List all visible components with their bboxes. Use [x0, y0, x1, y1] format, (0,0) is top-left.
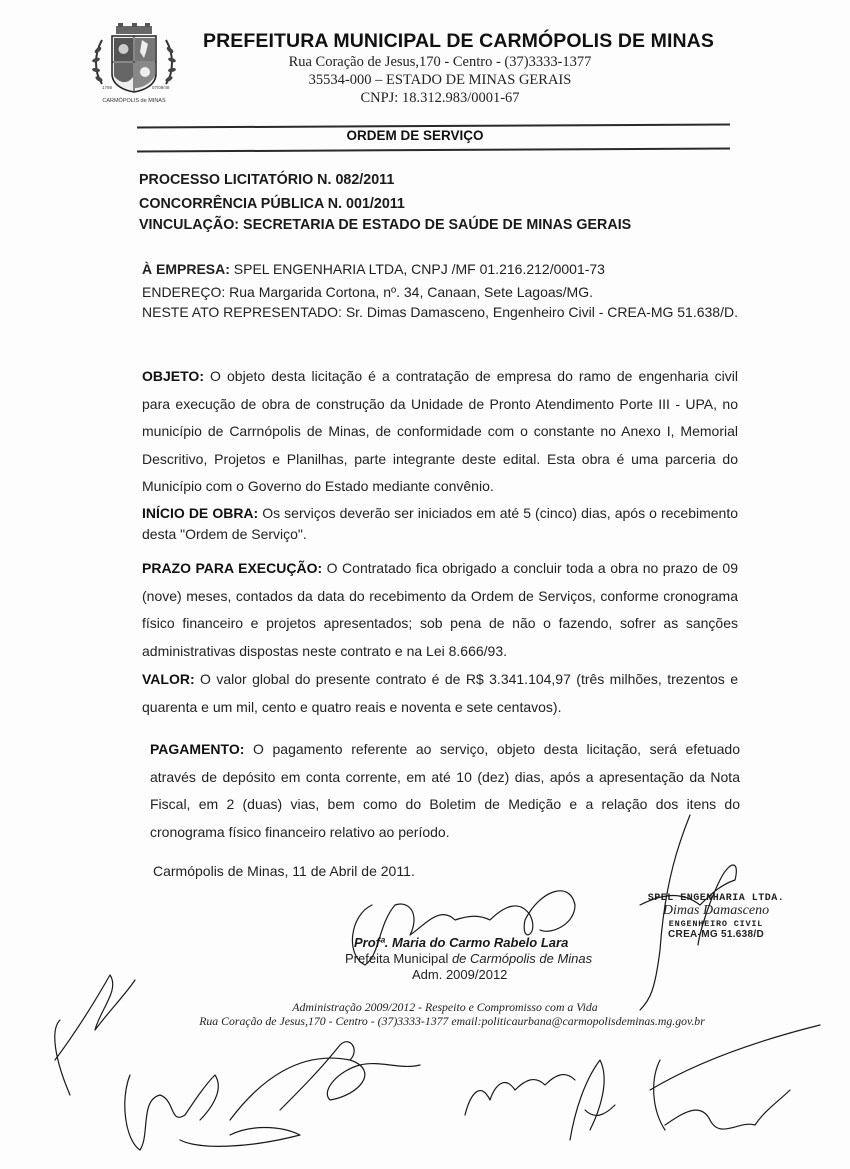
mayor-role-prefix: Prefeita Municipal — [345, 951, 452, 966]
mayor-name: Profª. Maria do Carmo Rabelo Lara — [354, 935, 568, 950]
section-inicio: INÍCIO DE OBRA: Os serviços deverão ser … — [142, 503, 738, 545]
company-value: SPEL ENGENHARIA LTDA, CNPJ /MF 01.216.21… — [230, 261, 605, 277]
witness-signature-7 — [650, 1025, 820, 1130]
valor-label: VALOR: — [142, 671, 195, 687]
document-title-text: ORDEM DE SERVIÇO — [346, 128, 483, 143]
svg-text:07/09/48: 07/09/48 — [152, 85, 170, 90]
inicio-label: INÍCIO DE OBRA: — [142, 505, 258, 521]
witness-signature-5 — [465, 1075, 575, 1115]
witness-signature-1 — [55, 975, 135, 1095]
section-prazo: PRAZO PARA EXECUÇÃO: O Contratado fica o… — [142, 555, 738, 665]
prazo-label: PRAZO PARA EXECUÇÃO: — [142, 560, 322, 576]
footer-contact: Rua Coração de Jesus,170 - Centro - (37)… — [27, 1014, 850, 1029]
header-cnpj: CNPJ: 18.312.983/0001-67 — [230, 90, 650, 107]
valor-text: O valor global do presente contrato é de… — [142, 671, 738, 715]
public-tender-number: CONCORRÊNCIA PÚBLICA N. 001/2011 — [139, 196, 405, 212]
header-zip-state: 35534-000 – ESTADO DE MINAS GERAIS — [230, 72, 650, 89]
stamp-name: Dimas Damasceno — [636, 903, 796, 919]
company-address: ENDEREÇO: Rua Margarida Cortona, nº. 34,… — [142, 284, 593, 300]
section-pagamento: PAGAMENTO: O pagamento referente ao serv… — [150, 736, 740, 846]
section-objeto: OBJETO: O objeto desta licitação é a con… — [142, 363, 738, 501]
objeto-label: OBJETO: — [142, 368, 204, 384]
witness-signature-3 — [180, 1128, 300, 1147]
mayor-term: Adm. 2009/2012 — [412, 967, 507, 982]
contractor-stamp: SPEL ENGENHARIA LTDA. Dimas Damasceno EN… — [636, 893, 796, 940]
document-title: ORDEM DE SERVIÇO — [0, 128, 850, 143]
mayor-role: Prefeita Municipal de Carmópolis de Mina… — [345, 951, 592, 966]
company-line: À EMPRESA: SPEL ENGENHARIA LTDA, CNPJ /M… — [142, 261, 605, 277]
svg-text:1798: 1798 — [102, 85, 113, 90]
linkage: VINCULAÇÃO: SECRETARIA DE ESTADO DE SAÚD… — [139, 217, 631, 233]
mayor-role-suffix: de Carmópolis de Minas — [452, 951, 592, 966]
coat-of-arms-icon: 1798 07/09/48 CARMÓPOLIS de MINAS — [88, 22, 180, 106]
svg-text:CARMÓPOLIS de MINAS: CARMÓPOLIS de MINAS — [102, 97, 166, 104]
divider-bottom — [137, 147, 730, 152]
witness-signature-6 — [570, 1060, 615, 1140]
place-and-date: Carmópolis de Minas, 11 de Abril de 2011… — [153, 863, 415, 879]
company-label: À EMPRESA: — [142, 261, 230, 277]
process-number: PROCESSO LICITATÓRIO N. 082/2011 — [139, 172, 394, 188]
municipality-title: PREFEITURA MUNICIPAL DE CARMÓPOLIS DE MI… — [203, 30, 714, 53]
objeto-text: O objeto desta licitação é a contratação… — [142, 368, 738, 494]
header-address: Rua Coração de Jesus,170 - Centro - (37)… — [230, 54, 650, 71]
company-representative: NESTE ATO REPRESENTADO: Sr. Dimas Damasc… — [142, 304, 738, 321]
stamp-title: ENGENHEIRO CIVIL — [636, 919, 796, 929]
witness-signature-2 — [125, 1075, 219, 1150]
witness-signature-4 — [230, 1042, 420, 1120]
pagamento-label: PAGAMENTO: — [150, 741, 244, 757]
footer-motto: Administração 2009/2012 - Respeito e Com… — [20, 1000, 850, 1015]
stamp-registration: CREA-MG 51.638/D — [636, 929, 796, 940]
document-page: 1798 07/09/48 CARMÓPOLIS de MINAS PREFEI… — [0, 0, 850, 1169]
section-valor: VALOR: O valor global do presente contra… — [142, 666, 738, 721]
